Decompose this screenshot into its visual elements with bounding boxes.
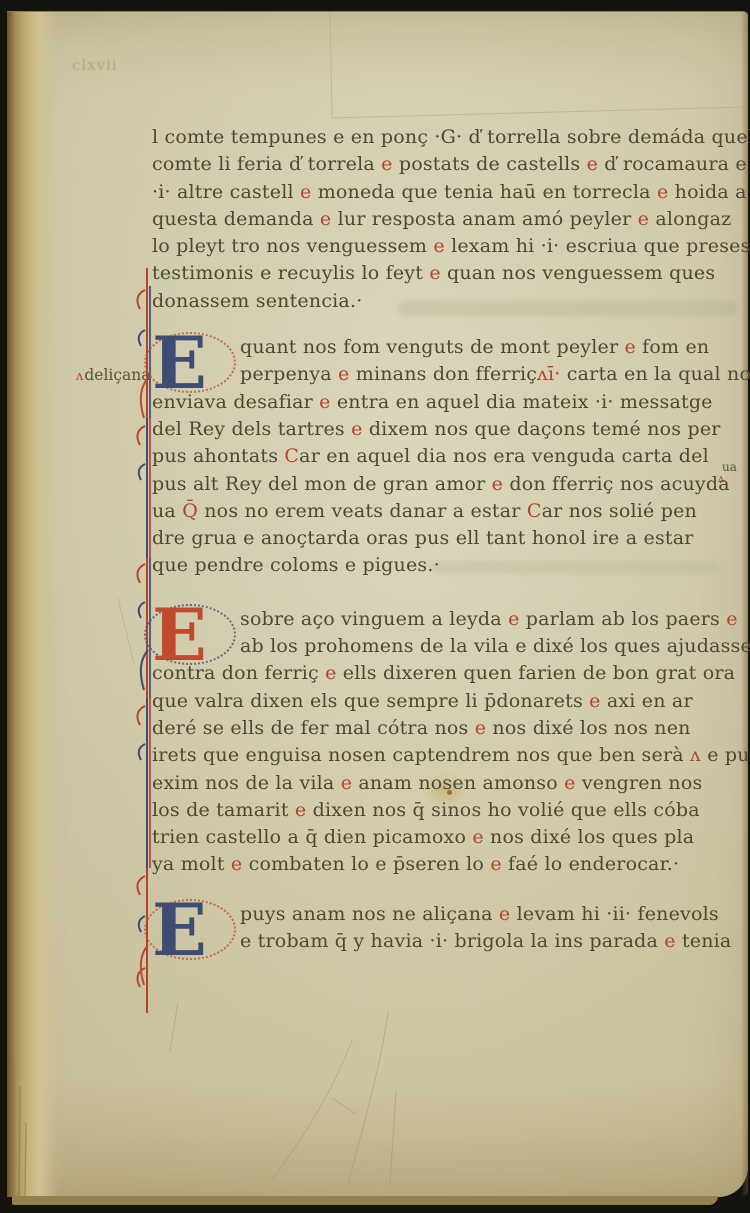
- manuscript-photo: clxvii ʌdeliçana ʌua l comte tempunes e …: [0, 0, 750, 1213]
- binding-gutter: [7, 12, 59, 1197]
- body-text: que valra dixen els que sempre li p̄dona…: [152, 690, 589, 712]
- manuscript-line: que valra dixen els que sempre li p̄dona…: [152, 690, 748, 717]
- body-text: parlam ab los paers: [520, 608, 727, 630]
- body-text: l comte tempunes e en ponç ·G· ď torrell…: [152, 126, 750, 148]
- rubricated-text: C: [284, 445, 299, 467]
- body-text: ·i· altre castell: [152, 181, 300, 203]
- rubricated-text: e: [589, 690, 600, 712]
- body-text: donassem sentencia.·: [152, 290, 362, 312]
- body-text: dixem nos que daçons temé nos per: [363, 418, 721, 440]
- rubricated-text: e: [587, 153, 598, 175]
- body-text: quant nos fom venguts de mont peyler: [240, 336, 624, 358]
- rubricated-text: e: [300, 181, 311, 203]
- body-text: anam nosen amonso: [352, 772, 564, 794]
- body-text: entra en aquel dia mateix ·i· messatge: [331, 391, 713, 413]
- manuscript-line: e trobam q̄ y havia ·i· brigola la ins p…: [152, 930, 748, 957]
- manuscript-line: perpenya e minans don fferriçʌī· carta e…: [152, 363, 748, 390]
- body-text: del Rey dels tartres: [152, 418, 351, 440]
- body-text: minans don fferriç: [350, 363, 538, 385]
- body-text: vengren nos: [576, 772, 703, 794]
- manuscript-line: dre grua e anoçtarda oras pus ell tant h…: [152, 527, 748, 554]
- body-text: questa demanda: [152, 208, 320, 230]
- illuminated-initial: E: [142, 336, 230, 391]
- body-text: pus ahontats: [152, 445, 284, 467]
- manuscript-line: sobre aço vinguem a leyda e parlam ab lo…: [152, 608, 748, 635]
- body-text: lo pleyt tro nos venguessem: [152, 235, 433, 257]
- manuscript-line: ·i· altre castell e moneda que tenia haū…: [152, 181, 748, 208]
- rubricated-text: e: [341, 772, 352, 794]
- illuminated-initial: E: [142, 903, 230, 958]
- underlying-page-edge: [12, 1196, 718, 1205]
- rubricated-text: e: [429, 262, 440, 284]
- rubricated-text: ʌī·: [537, 363, 560, 385]
- body-text: combaten lo e p̄seren lo: [242, 853, 490, 875]
- manuscript-line: del Rey dels tartres e dixem nos que daç…: [152, 418, 748, 445]
- manuscript-line: irets que enguisa nosen captendrem nos q…: [152, 744, 748, 771]
- rubricated-text: e: [320, 208, 331, 230]
- body-text: que pendre coloms e pigues.·: [152, 554, 440, 576]
- manuscript-line: pus alt Rey del mon de gran amor e don f…: [152, 473, 748, 500]
- body-text: los de tamarit: [152, 799, 295, 821]
- manuscript-line: los de tamarit e dixen nos q̄ sinos ho v…: [152, 799, 748, 826]
- body-text: faé lo enderocar.·: [502, 853, 680, 875]
- body-text: sobre aço vinguem a leyda: [240, 608, 508, 630]
- body-text: irets que enguisa nosen captendrem nos q…: [152, 744, 690, 766]
- rubricated-text: C: [527, 500, 542, 522]
- rubricated-text: e: [433, 235, 444, 257]
- rubricated-text: e: [472, 826, 483, 848]
- manuscript-line: testimonis e recuylis lo feyt e quan nos…: [152, 262, 748, 289]
- rubricated-text: Q̄: [182, 500, 198, 522]
- body-text: comte li feria ď torrela: [152, 153, 381, 175]
- body-text: lur resposta anam amó peyler: [331, 208, 637, 230]
- initial-letter: E: [152, 894, 207, 966]
- body-text: dixen nos q̄ sinos ho volié que ells cób…: [306, 799, 699, 821]
- rubricated-text: e: [664, 930, 675, 952]
- manuscript-line: comte li feria ď torrela e postats de ca…: [152, 153, 748, 180]
- body-text: levam hi ·ii· fenevols: [510, 903, 718, 925]
- rubricated-text: e: [492, 473, 503, 495]
- rubricated-text: e: [475, 717, 486, 739]
- body-text: ar en aquel dia nos era venguda carta de…: [299, 445, 709, 467]
- body-text: ua: [152, 500, 182, 522]
- body-text: deré se ells de fer mal cótra nos: [152, 717, 475, 739]
- rubricated-text: e: [657, 181, 668, 203]
- rubricated-text: e: [624, 336, 635, 358]
- paragraph: Equant nos fom venguts de mont peyler e …: [152, 336, 748, 582]
- manuscript-line: l comte tempunes e en ponç ·G· ď torrell…: [152, 126, 748, 153]
- manuscript-line: ua Q̄ nos no erem veats danar a estar Ca…: [152, 500, 748, 527]
- body-text: dre grua e anoçtarda oras pus ell tant h…: [152, 527, 694, 549]
- body-text: carta en la qual nos: [561, 363, 750, 385]
- body-text: ells dixeren quen farien de bon grat ora: [337, 662, 736, 684]
- manuscript-line: quant nos fom venguts de mont peyler e f…: [152, 336, 748, 363]
- paragraph: Epuys anam nos ne aliçana e levam hi ·ii…: [152, 903, 748, 958]
- manuscript-line: deré se ells de fer mal cótra nos e nos …: [152, 717, 748, 744]
- body-text: ar nos solié pen: [542, 500, 697, 522]
- manuscript-line: questa demanda e lur resposta anam amó p…: [152, 208, 748, 235]
- body-text: fom en: [636, 336, 709, 358]
- rubricated-text: e: [381, 153, 392, 175]
- body-text: e puys: [701, 744, 750, 766]
- body-text: testimonis e recuylis lo feyt: [152, 262, 429, 284]
- rubricated-text: e: [508, 608, 519, 630]
- manuscript-line: pus ahontats Car en aquel dia nos era ve…: [152, 445, 748, 472]
- insertion-caret-icon: ʌ: [76, 369, 83, 384]
- manuscript-line: que pendre coloms e pigues.·: [152, 554, 748, 581]
- rubricated-text: ʌ: [690, 744, 701, 766]
- manuscript-line: ab los prohomens de la vila e dixé los q…: [152, 635, 748, 662]
- body-text: quan nos venguessem ques: [441, 262, 716, 284]
- text-column: l comte tempunes e en ponç ·G· ď torrell…: [152, 126, 748, 957]
- rubricated-text: e: [638, 208, 649, 230]
- manuscript-line: donassem sentencia.·: [152, 290, 748, 317]
- rubricated-text: e: [490, 853, 501, 875]
- manuscript-line: contra don ferriç e ells dixeren quen fa…: [152, 662, 748, 689]
- manuscript-line: exim nos de la vila e anam nosen amonso …: [152, 772, 748, 799]
- manuscript-line: trien castello a q̄ dien picamoxo e nos …: [152, 826, 748, 853]
- body-text: nos dixé los nos nen: [486, 717, 690, 739]
- rubricated-text: e: [726, 608, 737, 630]
- paragraph: Esobre aço vinguem a leyda e parlam ab l…: [152, 608, 748, 881]
- manuscript-line: puys anam nos ne aliçana e levam hi ·ii·…: [152, 903, 748, 930]
- body-text: ab los prohomens de la vila e dixé los q…: [240, 635, 750, 657]
- rubricated-text: e: [319, 391, 330, 413]
- body-text: alongaz: [649, 208, 731, 230]
- initial-letter: E: [152, 599, 207, 671]
- body-text: exim nos de la vila: [152, 772, 341, 794]
- illuminated-initial: E: [142, 608, 230, 663]
- manuscript-line: lo pleyt tro nos venguessem e lexam hi ·…: [152, 235, 748, 262]
- manuscript-line: enviava desafiar e entra en aquel dia ma…: [152, 391, 748, 418]
- body-text: axi en ar: [601, 690, 693, 712]
- rubricated-text: e: [231, 853, 242, 875]
- rubricated-text: e: [325, 662, 336, 684]
- body-text: trien castello a q̄ dien picamoxo: [152, 826, 472, 848]
- manuscript-line: ya molt e combaten lo e p̄seren lo e faé…: [152, 853, 748, 880]
- body-text: puys anam nos ne aliçana: [240, 903, 499, 925]
- body-text: tenia: [676, 930, 732, 952]
- body-text: ď rocamaura e ď: [598, 153, 750, 175]
- body-text: don fferriç nos acuyda: [503, 473, 730, 495]
- rubricated-text: e: [499, 903, 510, 925]
- body-text: nos no erem veats danar a estar: [198, 500, 527, 522]
- body-text: e trobam q̄ y havia ·i· brigola la ins p…: [240, 930, 664, 952]
- folio-number-showthrough: clxvii: [72, 56, 118, 74]
- body-text: lexam hi ·i· escriua que preses: [445, 235, 750, 257]
- body-text: ya molt: [152, 853, 231, 875]
- rubricated-text: e: [338, 363, 349, 385]
- body-text: moneda que tenia haū en torrecla: [311, 181, 656, 203]
- body-text: nos dixé los ques pla: [484, 826, 694, 848]
- rubricated-text: e: [351, 418, 362, 440]
- rubricated-text: e: [295, 799, 306, 821]
- body-text: hoida a: [668, 181, 746, 203]
- body-text: perpenya: [240, 363, 338, 385]
- rubricated-text: e: [564, 772, 575, 794]
- initial-letter: E: [152, 327, 207, 399]
- body-text: pus alt Rey del mon de gran amor: [152, 473, 492, 495]
- body-text: postats de castells: [393, 153, 587, 175]
- paragraph: l comte tempunes e en ponç ·G· ď torrell…: [152, 126, 748, 317]
